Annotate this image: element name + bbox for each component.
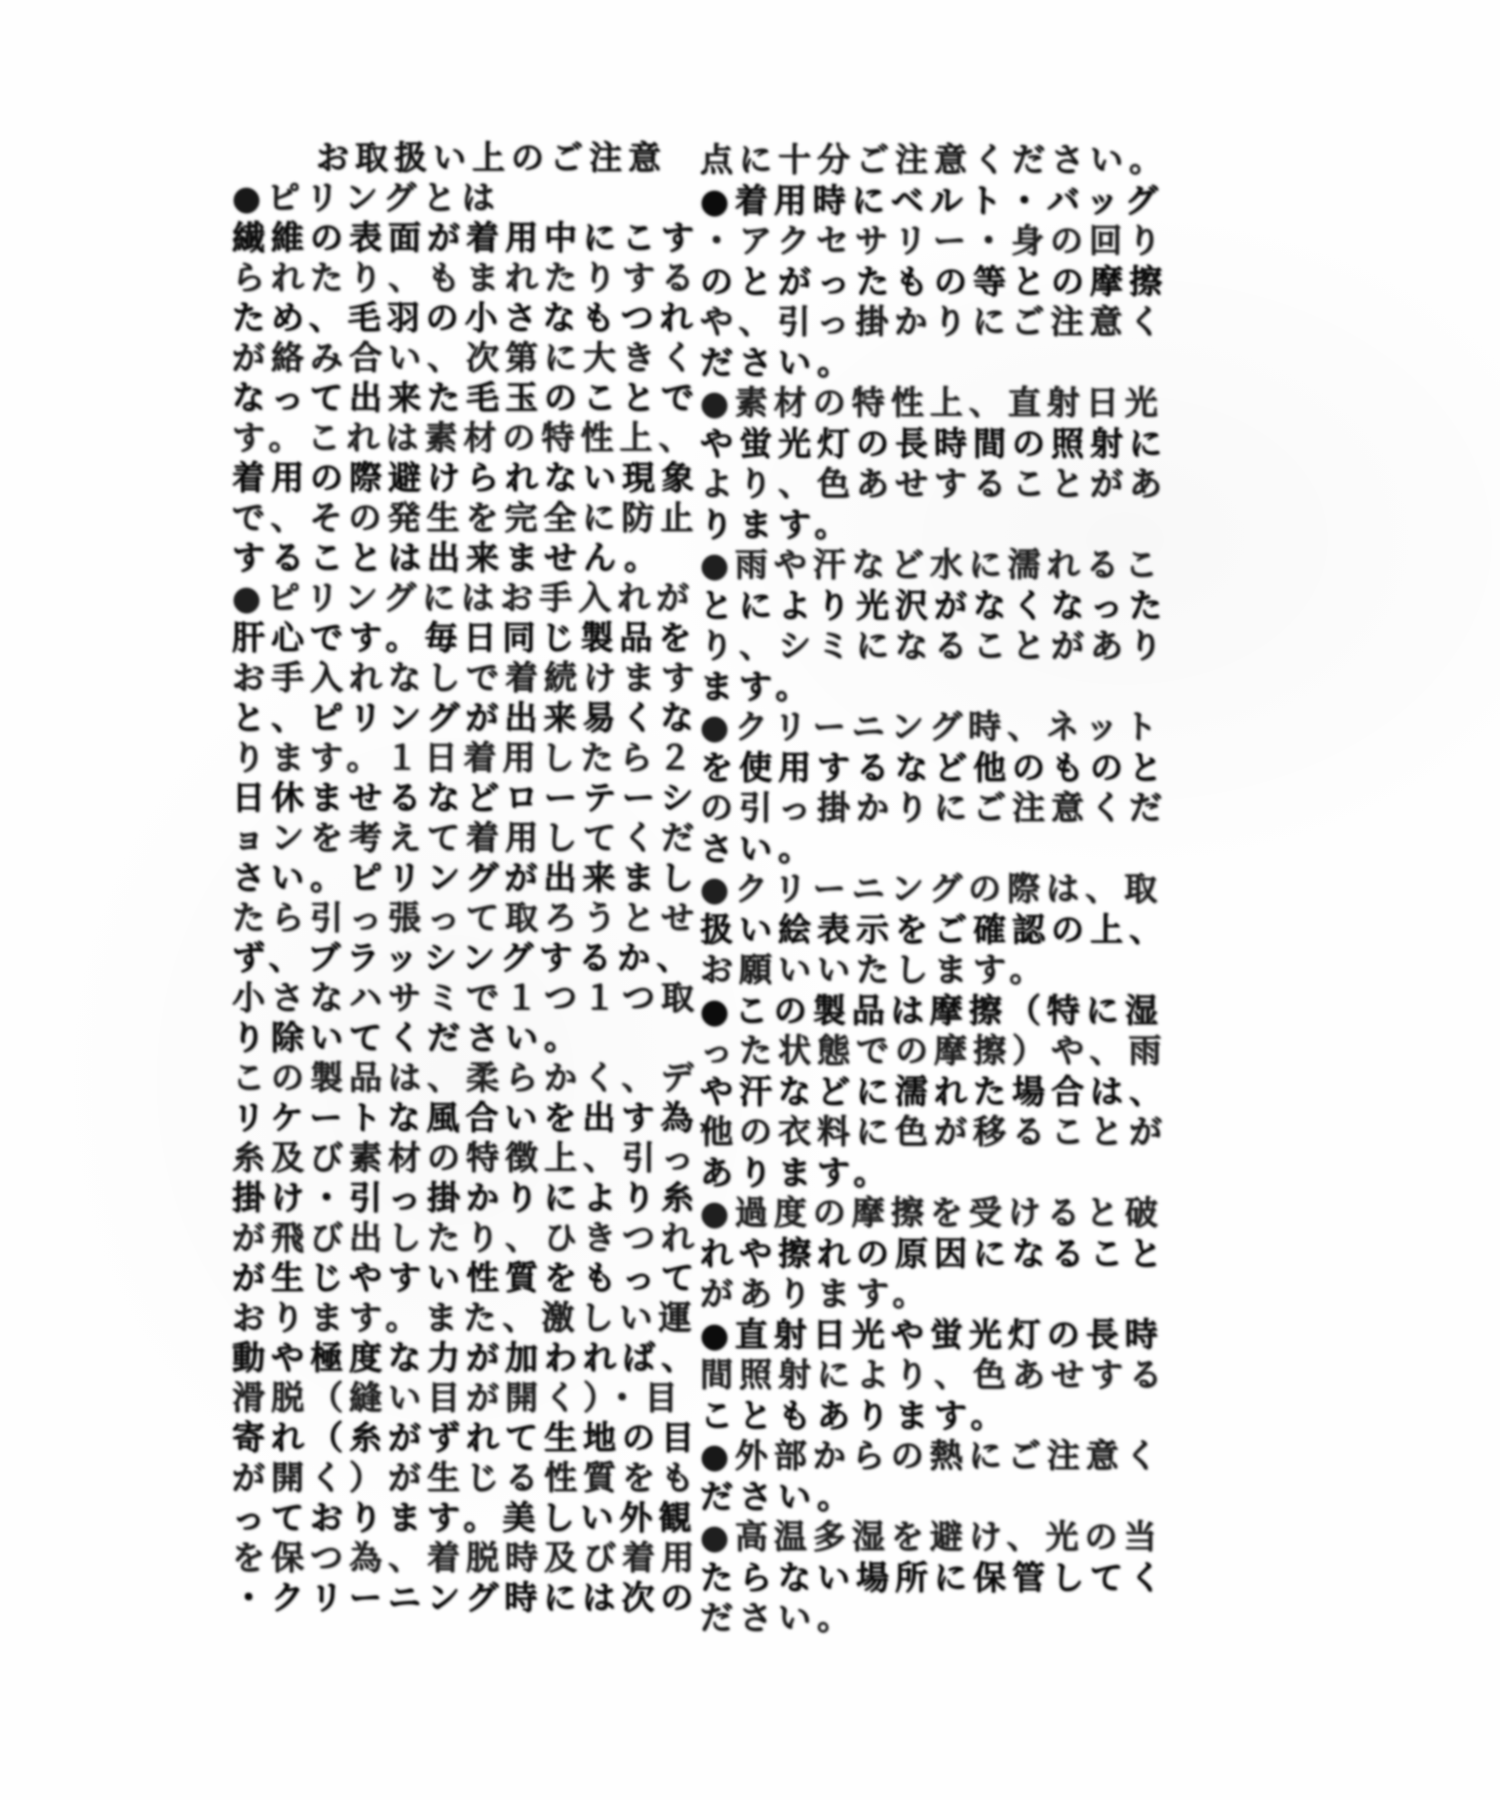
text-line: のとがったもの等との摩擦 (700, 262, 1160, 303)
text-line: ●素材の特性上、直射日光 (700, 383, 1160, 424)
text-line: 扱い絵表示をご確認の上、 (700, 910, 1160, 951)
text-line: より、色あせすることがあ (700, 464, 1160, 505)
document-title: お取扱い上のご注意 (232, 138, 692, 178)
text-line: おります。また、激しい運 (232, 1298, 692, 1338)
text-line: ●雨や汗など水に濡れるこ (700, 545, 1160, 586)
text-line: 肝心です。毎日同じ製品を (232, 618, 692, 658)
text-line: ださい。 (700, 1477, 1160, 1518)
text-line: 滑脱（縫い目が開く）・目 (232, 1378, 692, 1418)
text-line: り、シミになることがあり (700, 626, 1160, 667)
text-line: さい。ピリングが出来まし (232, 858, 692, 898)
text-line: ョンを考えて着用してくだ (232, 818, 692, 858)
text-line: った状態での摩擦）や、雨 (700, 1031, 1160, 1072)
text-line: を保つ為、着脱時及び着用 (232, 1538, 692, 1578)
text-line: この製品は、柔らかく、デ (232, 1058, 692, 1098)
left-text-column: お取扱い上のご注意 ●ピリングとは繊維の表面が着用中にこすられたり、もまれたりす… (232, 138, 692, 1618)
text-line: たら引っ張って取ろうとせ (232, 898, 692, 938)
text-line: す。これは素材の特性上、 (232, 418, 692, 458)
text-line: ●直射日光や蛍光灯の長時 (700, 1315, 1160, 1356)
text-line: ●高温多湿を避け、光の当 (700, 1517, 1160, 1558)
text-line: と、ピリングが出来易くな (232, 698, 692, 738)
text-line: さい。 (700, 829, 1160, 870)
text-line: ●クリーニングの際は、取 (700, 869, 1160, 910)
text-line: 点に十分ご注意ください。 (700, 140, 1160, 181)
text-line: を使用するなど他のものと (700, 748, 1160, 789)
text-line: れや擦れの原因になること (700, 1234, 1160, 1275)
text-line: リケートな風合いを出す為、 (232, 1098, 692, 1138)
text-line: ●外部からの熱にご注意く (700, 1436, 1160, 1477)
text-line: お願いいたします。 (700, 950, 1160, 991)
text-line: ります。１日着用したら２ (232, 738, 692, 778)
text-line: ず、ブラッシングするか、 (232, 938, 692, 978)
text-line: あります。 (700, 1153, 1160, 1194)
text-line: や、引っ掛かりにご注意く (700, 302, 1160, 343)
text-line: 動や極度な力が加われば、 (232, 1338, 692, 1378)
text-line: 糸及び素材の特徴上、引っ (232, 1138, 692, 1178)
text-line: っております。美しい外観 (232, 1498, 692, 1538)
text-line: ●この製品は摩擦（特に湿 (700, 991, 1160, 1032)
text-line: することは出来ません。 (232, 538, 692, 578)
text-line: 日休ませるなどローテーシ (232, 778, 692, 818)
text-line: り除いてください。 (232, 1018, 692, 1058)
text-line: 寄れ（糸がずれて生地の目 (232, 1418, 692, 1458)
text-line: が生じやすい性質をもって (232, 1258, 692, 1298)
text-line: 繊維の表面が着用中にこす (232, 218, 692, 258)
text-line: られたり、もまれたりする (232, 258, 692, 298)
right-text-column: 点に十分ご注意ください。●着用時にベルト・バッグ・アクセサリー・身の回りのとがっ… (700, 140, 1160, 1639)
text-line: 小さなハサミで１つ１つ取 (232, 978, 692, 1018)
text-line: ・アクセサリー・身の回り (700, 221, 1160, 262)
text-line: ださい。 (700, 343, 1160, 384)
text-line: ため、毛羽の小さなもつれ (232, 298, 692, 338)
text-line: ●ピリングにはお手入れが (232, 578, 692, 618)
text-line: たらない場所に保管してく (700, 1558, 1160, 1599)
text-line: ●着用時にベルト・バッグ (700, 181, 1160, 222)
right-column-lines: 点に十分ご注意ください。●着用時にベルト・バッグ・アクセサリー・身の回りのとがっ… (700, 140, 1160, 1639)
text-line: お手入れなしで着続けます (232, 658, 692, 698)
text-line: が開く）が生じる性質をも (232, 1458, 692, 1498)
text-line: 掛け・引っ掛かりにより糸 (232, 1178, 692, 1218)
text-line: があります。 (700, 1274, 1160, 1315)
text-line: や汗などに濡れた場合は、 (700, 1072, 1160, 1113)
left-column-lines: ●ピリングとは繊維の表面が着用中にこすられたり、もまれたりするため、毛羽の小さな… (232, 178, 692, 1618)
text-line: ●過度の摩擦を受けると破 (700, 1193, 1160, 1234)
scanned-document-page: お取扱い上のご注意 ●ピリングとは繊維の表面が着用中にこすられたり、もまれたりす… (0, 0, 1500, 1800)
text-line: 着用の際避けられない現象 (232, 458, 692, 498)
text-line: ・クリーニング時には次の (232, 1578, 692, 1618)
text-line: 他の衣料に色が移ることが (700, 1112, 1160, 1153)
text-line: ●クリーニング時、ネット (700, 707, 1160, 748)
text-line: ●ピリングとは (232, 178, 692, 218)
text-line: 間照射により、色あせする (700, 1355, 1160, 1396)
text-line: なって出来た毛玉のことで (232, 378, 692, 418)
text-line: が絡み合い、次第に大きく (232, 338, 692, 378)
text-line: の引っ掛かりにご注意くだ (700, 788, 1160, 829)
text-line: ださい。 (700, 1598, 1160, 1639)
text-line: こともあります。 (700, 1396, 1160, 1437)
text-line: や蛍光灯の長時間の照射に (700, 424, 1160, 465)
text-line: で、その発生を完全に防止 (232, 498, 692, 538)
text-line: が飛び出したり、ひきつれ (232, 1218, 692, 1258)
text-line: ります。 (700, 505, 1160, 546)
text-line: とにより光沢がなくなった (700, 586, 1160, 627)
text-line: ます。 (700, 667, 1160, 708)
